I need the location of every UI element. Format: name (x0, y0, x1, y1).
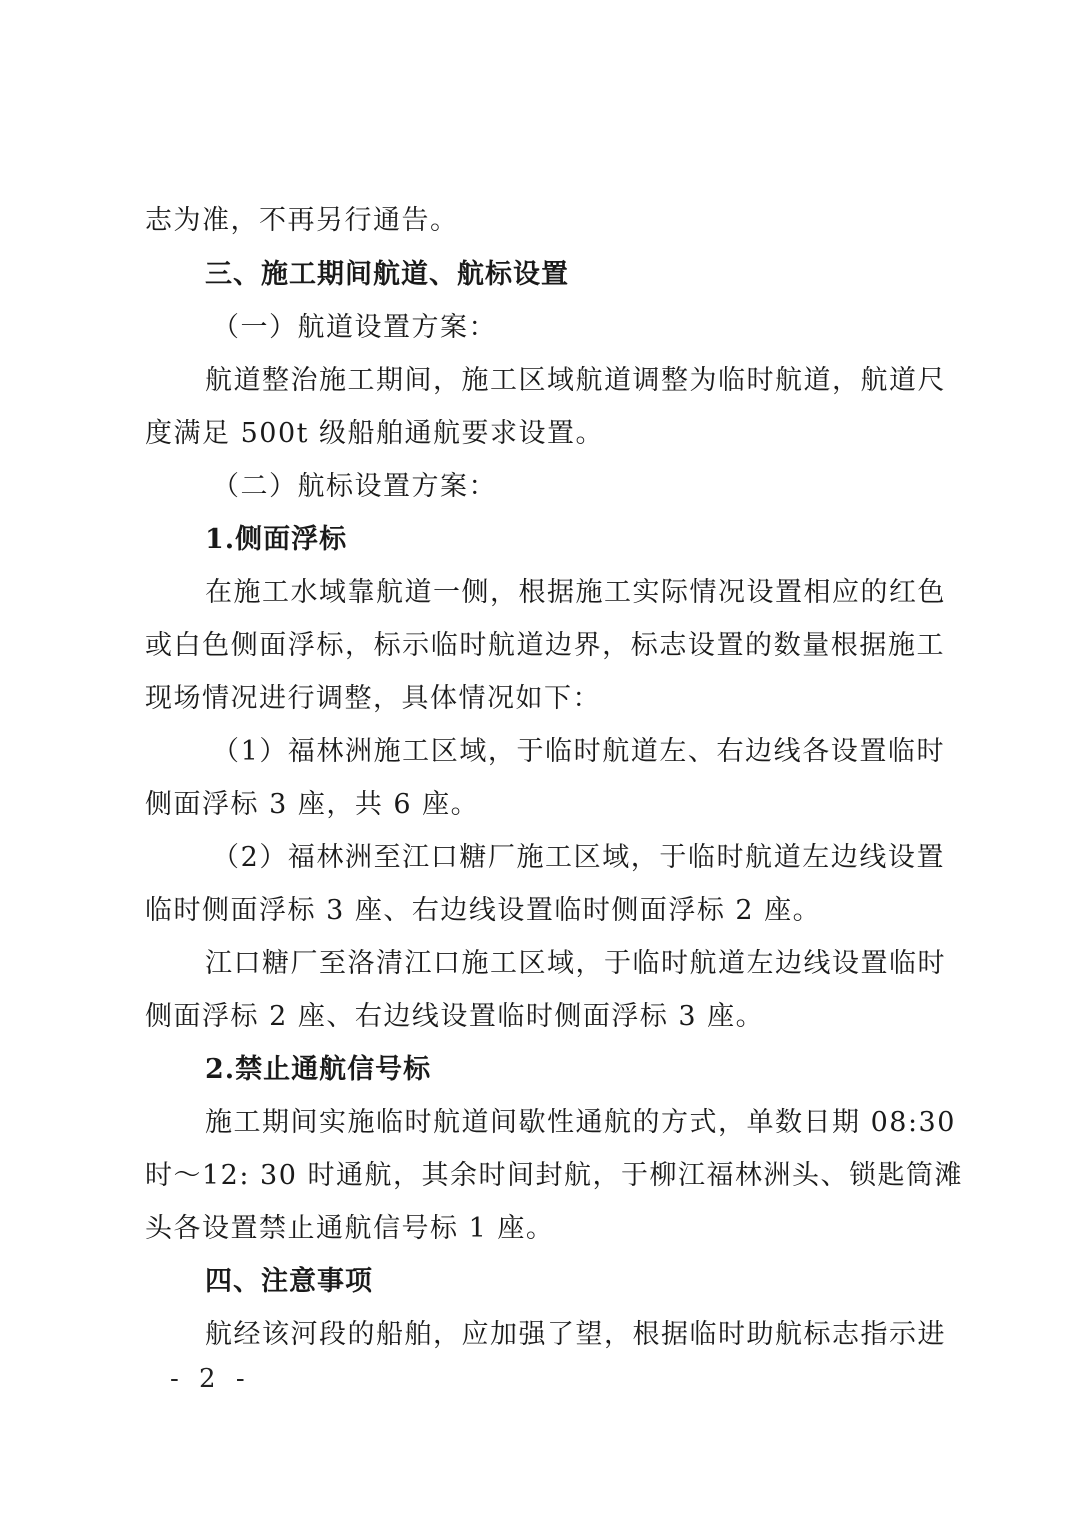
section-heading-4: 四、注意事项 (205, 1264, 945, 1300)
paragraph-line: 志为准，不再另行通告。 (145, 203, 945, 239)
subsection-heading-channel-plan: （一）航道设置方案： (212, 310, 945, 346)
paragraph-line: 侧面浮标 3 座，共 6 座。 (145, 787, 945, 823)
paragraph-line: 江口糖厂至洛清江口施工区域，于临时航道左边线设置临时 (205, 946, 945, 982)
paragraph-line: 现场情况进行调整，具体情况如下： (145, 681, 945, 717)
document-page: 志为准，不再另行通告。 三、施工期间航道、航标设置 （一）航道设置方案： 航道整… (0, 0, 1080, 1527)
paragraph-line: （2）福林洲至江口糖厂施工区域，于临时航道左边线设置 (212, 840, 945, 876)
paragraph-line: 或白色侧面浮标，标示临时航道边界，标志设置的数量根据施工 (145, 628, 945, 664)
paragraph-line: 侧面浮标 2 座、右边线设置临时侧面浮标 3 座。 (145, 999, 945, 1035)
paragraph-line: 度满足 500t 级船舶通航要求设置。 (145, 416, 945, 452)
subsection-heading-buoy-plan: （二）航标设置方案： (212, 469, 945, 505)
paragraph-line: （1）福林洲施工区域，于临时航道左、右边线各设置临时 (212, 734, 945, 770)
paragraph-line: 施工期间实施临时航道间歇性通航的方式，单数日期 08:30 (205, 1105, 945, 1141)
paragraph-line: 头各设置禁止通航信号标 1 座。 (145, 1211, 945, 1247)
paragraph-line: 航道整治施工期间，施工区域航道调整为临时航道，航道尺 (205, 363, 945, 399)
item-heading-no-navigation-signal: 2.禁止通航信号标 (205, 1052, 945, 1088)
paragraph-line: 时～12: 30 时通航，其余时间封航，于柳江福林洲头、锁匙筒滩 (145, 1158, 945, 1194)
section-heading-3: 三、施工期间航道、航标设置 (205, 257, 945, 293)
paragraph-line: 航经该河段的船舶，应加强了望，根据临时助航标志指示进 (205, 1317, 945, 1353)
page-number: - 2 - (170, 1362, 251, 1396)
item-heading-side-buoy: 1.侧面浮标 (205, 522, 945, 558)
paragraph-line: 临时侧面浮标 3 座、右边线设置临时侧面浮标 2 座。 (145, 893, 945, 929)
paragraph-line: 在施工水域靠航道一侧，根据施工实际情况设置相应的红色 (205, 575, 945, 611)
